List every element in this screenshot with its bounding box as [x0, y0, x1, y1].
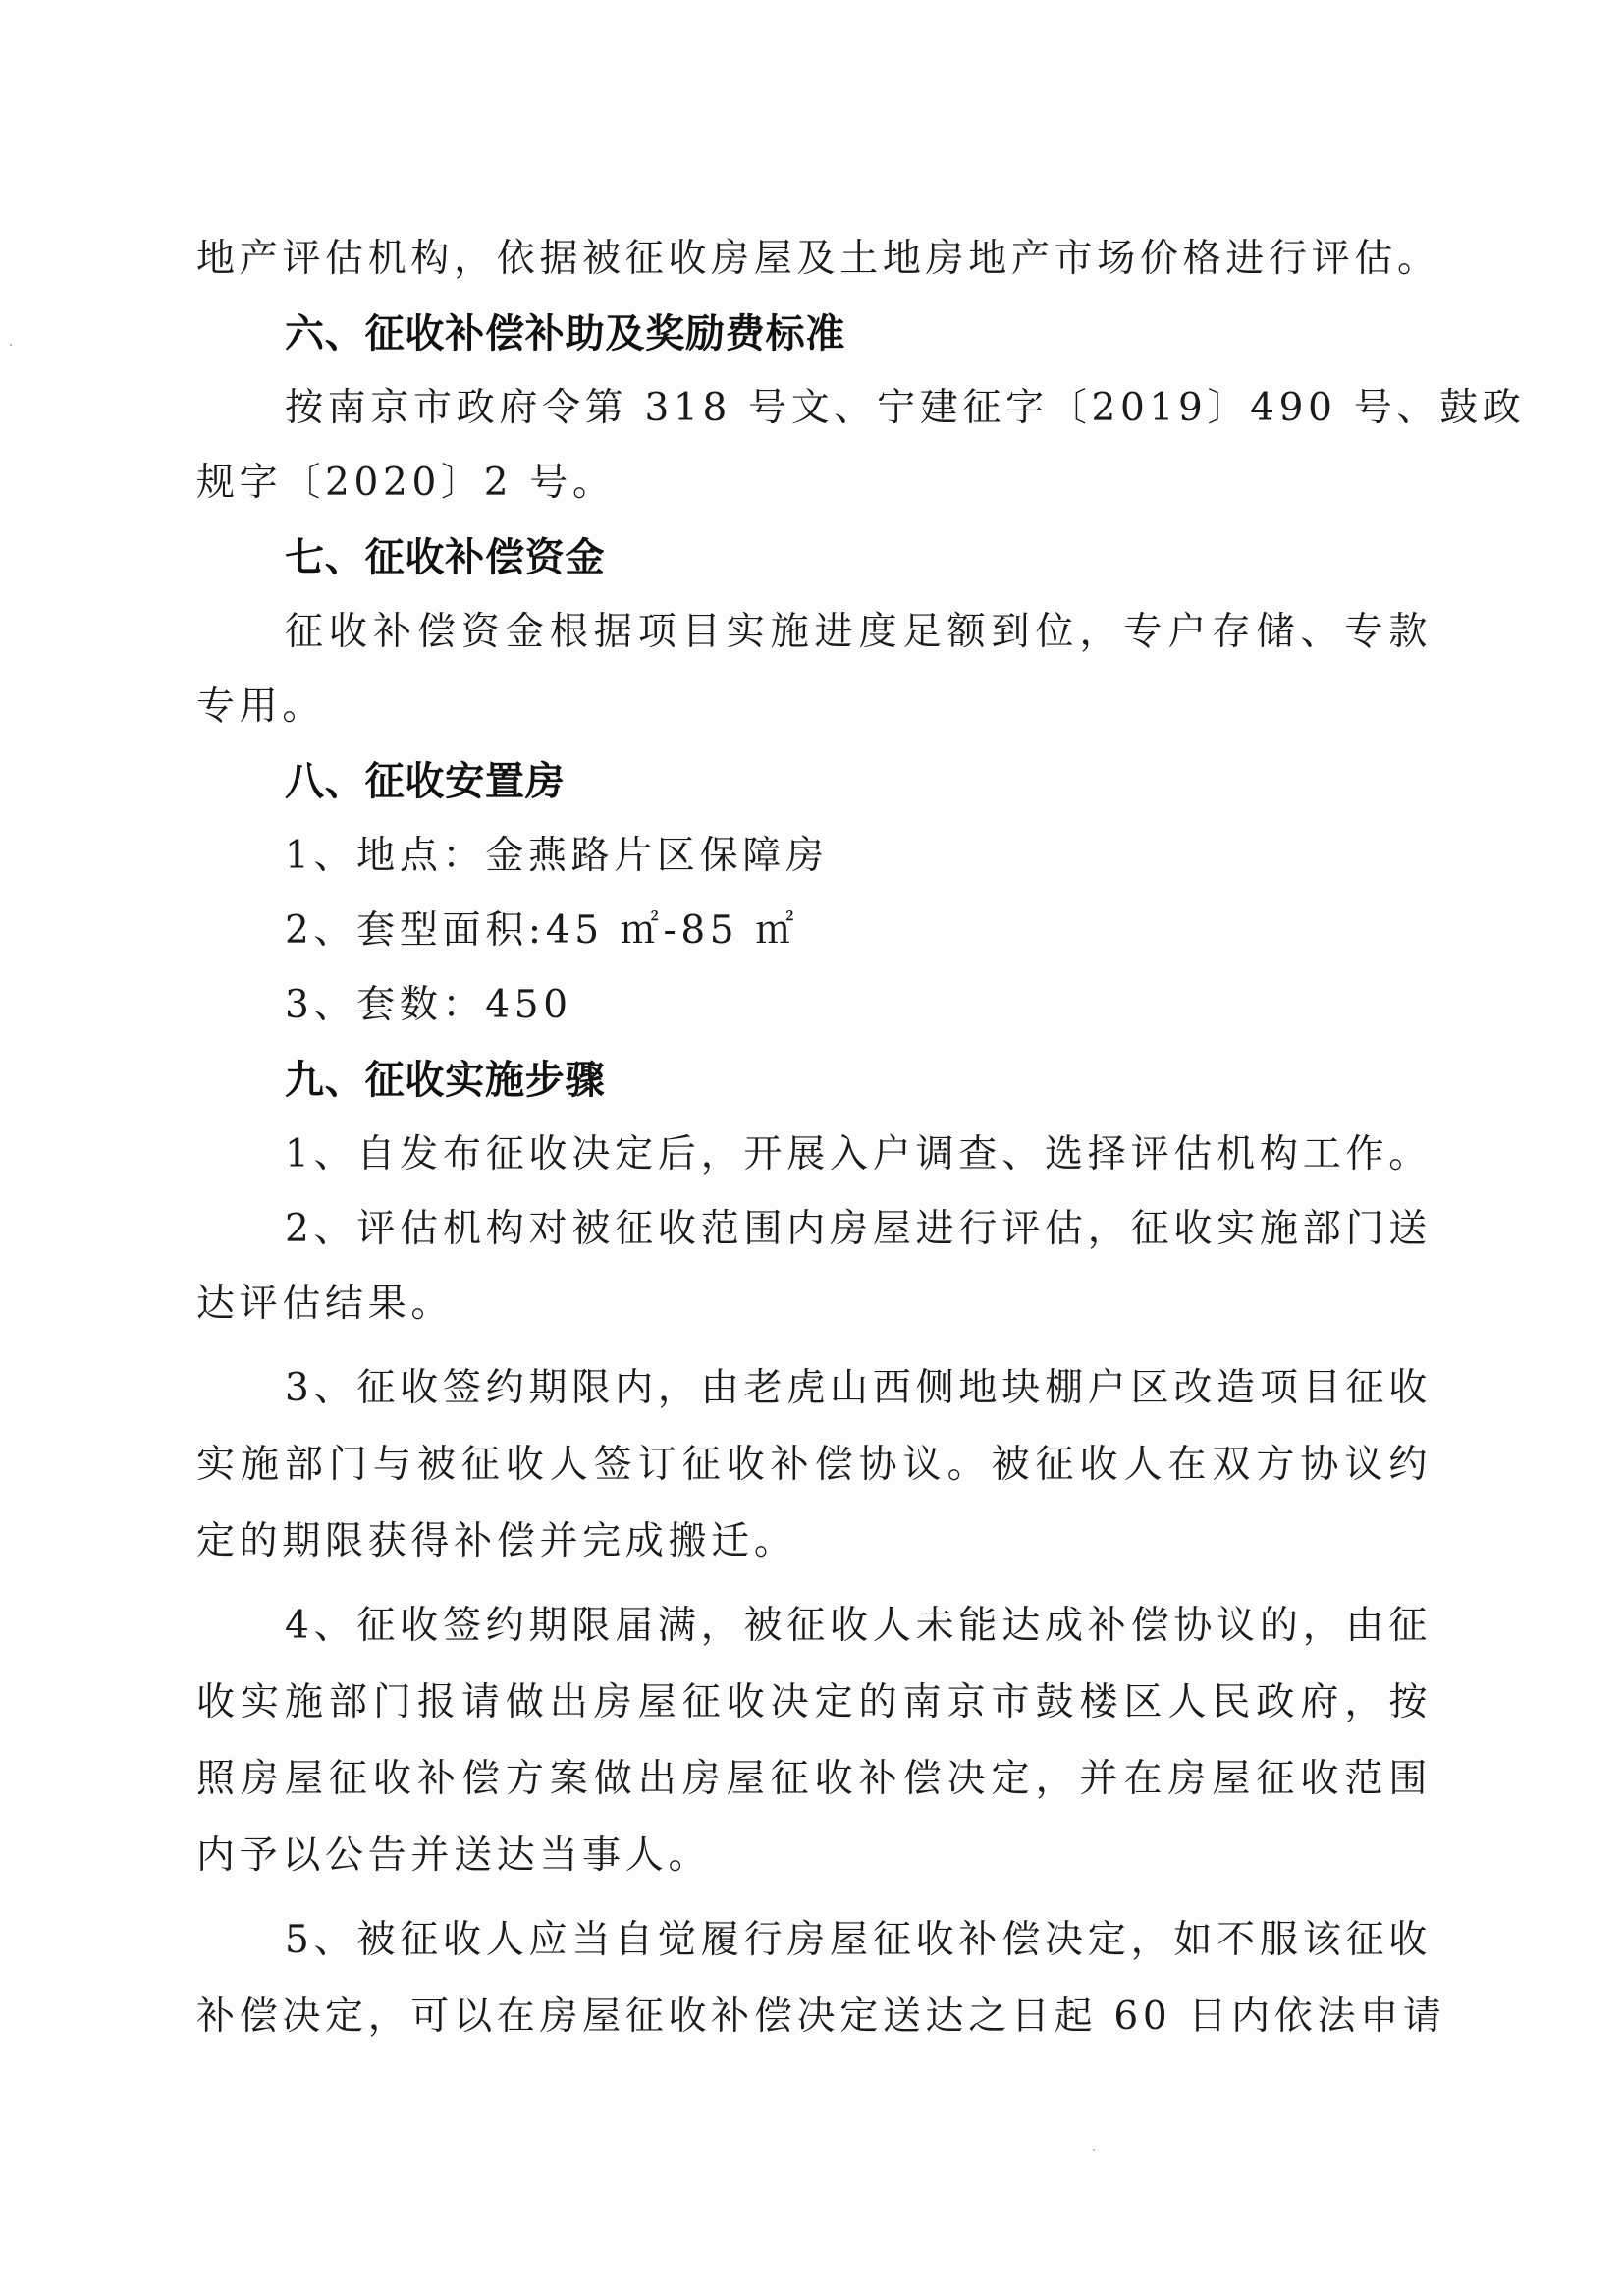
- paragraph-line: 实施部门与被征收人签订征收补偿协议。被征收人在双方协议约: [196, 1436, 1432, 1495]
- paragraph-line: 补偿决定，可以在房屋征收补偿决定送达之日起 60 日内依法申请: [196, 1988, 1432, 2047]
- list-item: 3、征收签约期限内，由老虎山西侧地块棚户区改造项目征收: [285, 1359, 1432, 1418]
- paragraph-line: 专用。: [196, 678, 1432, 737]
- paragraph-line: 征收补偿资金根据项目实施进度足额到位，专户存储、专款: [285, 603, 1432, 662]
- paragraph-line: 收实施部门报请做出房屋征收决定的南京市鼓楼区人民政府，按: [196, 1673, 1432, 1732]
- list-item: 1、地点：金燕路片区保障房: [285, 827, 1432, 886]
- section-heading-8: 八、征收安置房: [285, 752, 566, 811]
- document-page: 地产评估机构，依据被征收房屋及土地房地产市场价格进行评估。 六、征收补偿补助及奖…: [0, 0, 1623, 2296]
- paragraph-line: 地产评估机构，依据被征收房屋及土地房地产市场价格进行评估。: [196, 230, 1432, 289]
- paragraph-line: 按南京市政府令第 318 号文、宁建征字〔2019〕490 号、鼓政: [285, 379, 1432, 438]
- paragraph-line: 内予以公告并送达当事人。: [196, 1827, 1432, 1886]
- scan-speck: [1093, 2149, 1095, 2151]
- list-item: 3、套数：450: [285, 976, 1432, 1035]
- paragraph-line: 达评估结果。: [196, 1275, 1432, 1334]
- list-item: 2、套型面积:45 ㎡-85 ㎡: [285, 902, 1432, 960]
- paragraph-line: 定的期限获得补偿并完成搬迁。: [196, 1512, 1432, 1571]
- list-item: 1、自发布征收决定后，开展入户调查、选择评估机构工作。: [285, 1125, 1432, 1184]
- list-item: 2、评估机构对被征收范围内房屋进行评估，征收实施部门送: [285, 1200, 1432, 1259]
- list-item: 5、被征收人应当自觉履行房屋征收补偿决定，如不服该征收: [285, 1911, 1432, 1970]
- section-heading-9: 九、征收实施步骤: [285, 1051, 605, 1110]
- paragraph-line: 照房屋征收补偿方案做出房屋征收补偿决定，并在房屋征收范围: [196, 1750, 1432, 1809]
- paragraph-line: 规字〔2020〕2 号。: [196, 454, 1432, 513]
- section-heading-6: 六、征收补偿补助及奖励费标准: [285, 304, 845, 363]
- list-item: 4、征收签约期限届满，被征收人未能达成补偿协议的，由征: [285, 1597, 1432, 1656]
- scan-speck: [10, 344, 12, 346]
- section-heading-7: 七、征收补偿资金: [285, 528, 605, 587]
